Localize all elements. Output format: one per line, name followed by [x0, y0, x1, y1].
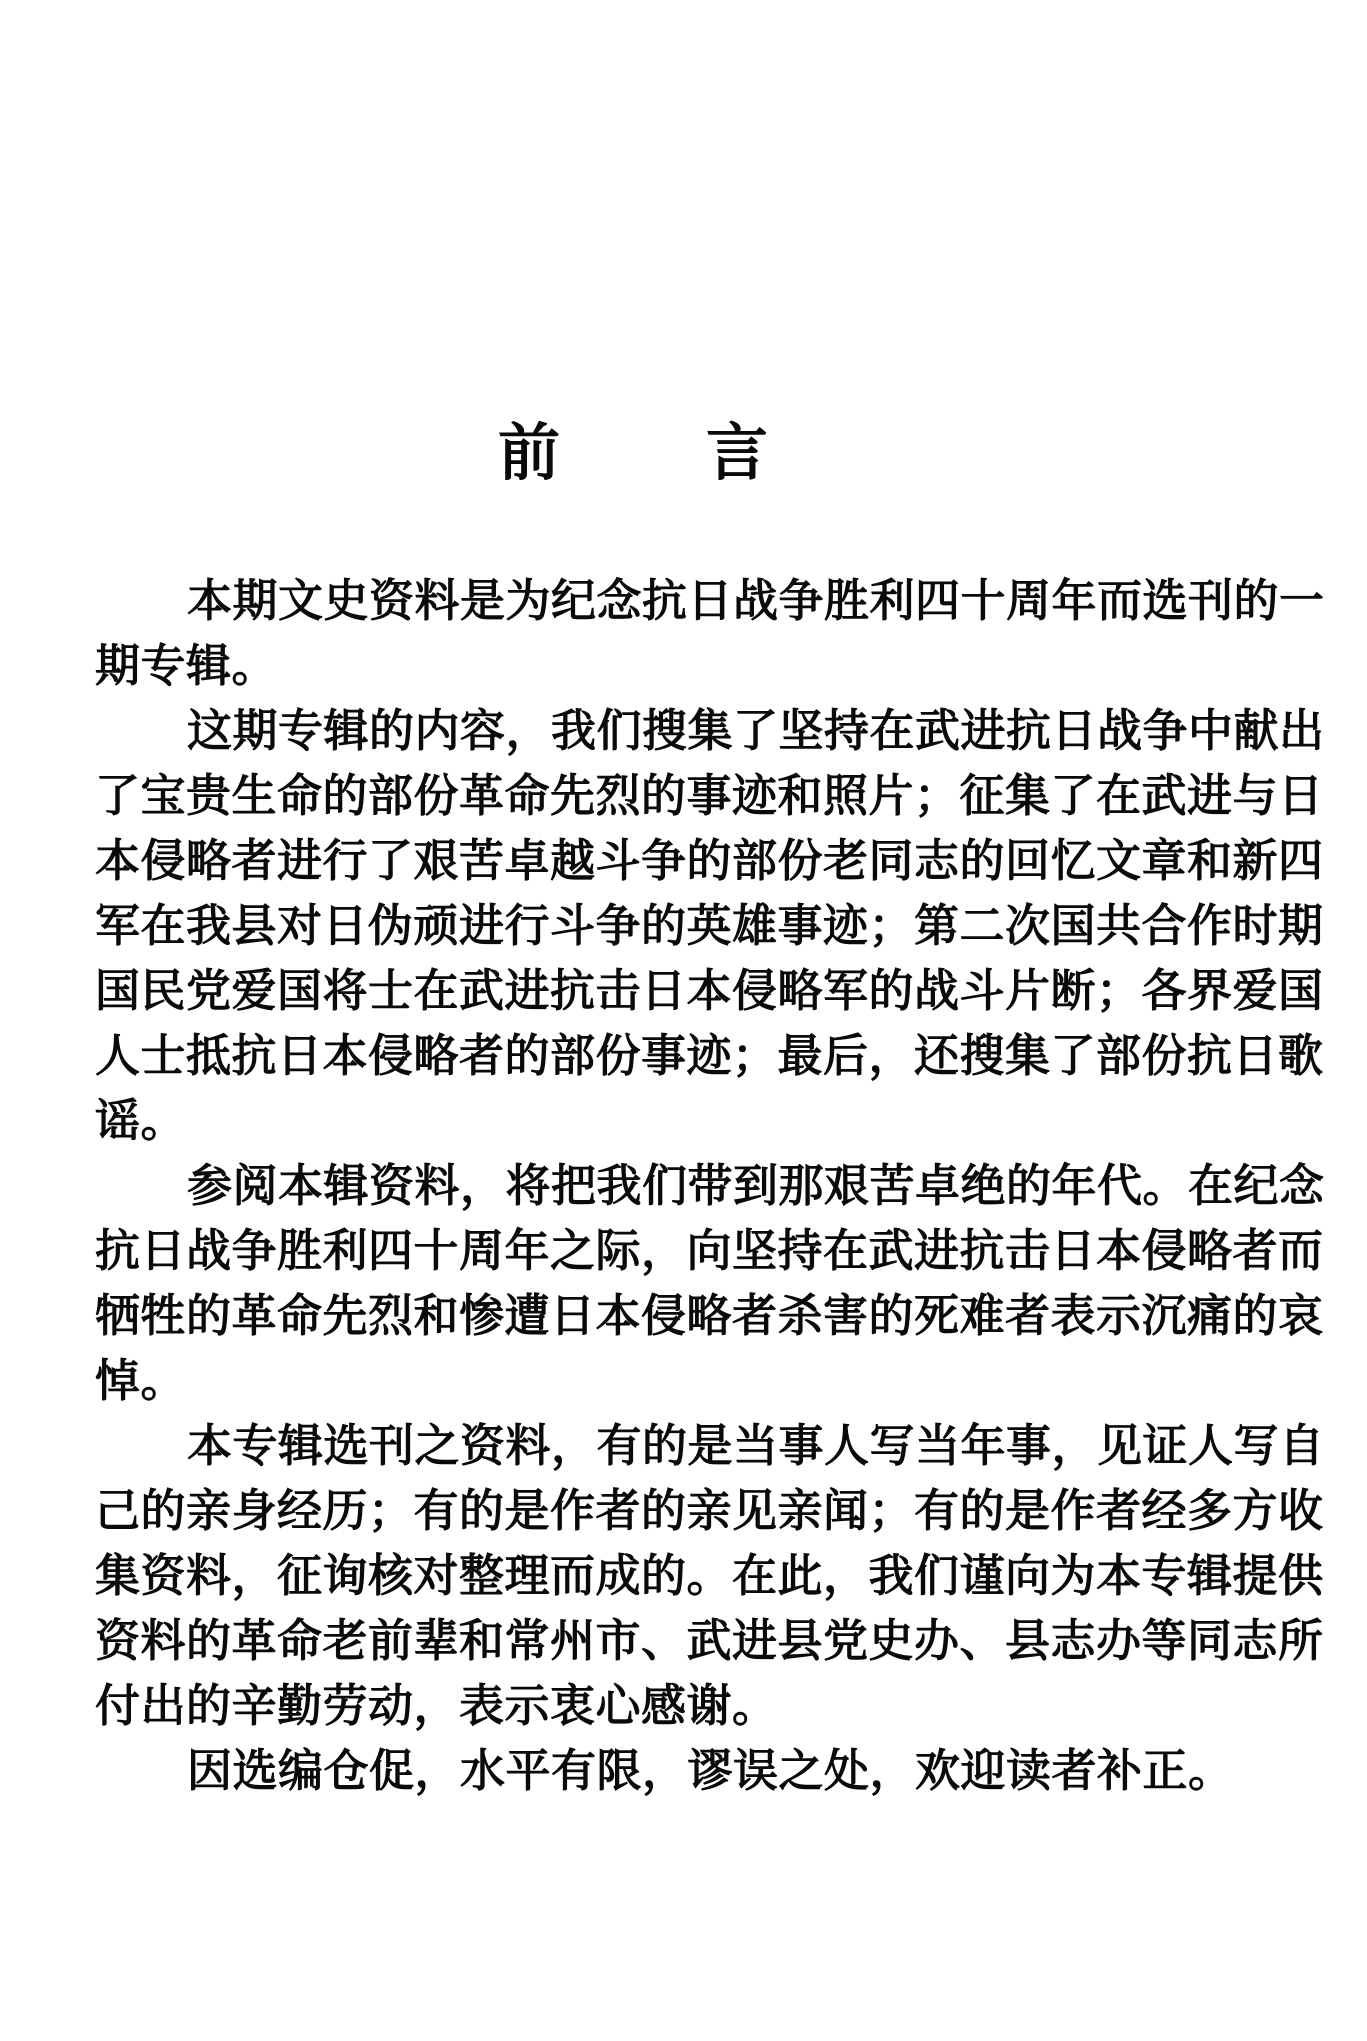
- text-line: 参阅本辑资料，将把我们带到那艰苦卓绝的年代。在纪念: [95, 1153, 1287, 1218]
- text-line: 己的亲身经历；有的是作者的亲见亲闻；有的是作者经多方收: [95, 1478, 1287, 1543]
- text-line: 资料的革命老前辈和常州市、武进县党史办、县志办等同志所: [95, 1608, 1287, 1673]
- title-char-first: 前: [498, 422, 560, 484]
- page-title: 前 言: [498, 422, 768, 484]
- text-line: 悼。: [95, 1348, 1287, 1413]
- text-line: 抗日战争胜利四十周年之际，向坚持在武进抗击日本侵略者而: [95, 1218, 1287, 1283]
- text-line: 本期文史资料是为纪念抗日战争胜利四十周年而选刊的一: [95, 568, 1287, 633]
- text-line: 谣。: [95, 1088, 1287, 1153]
- preface-body: 本期文史资料是为纪念抗日战争胜利四十周年而选刊的一期专辑。这期专辑的内容，我们搜…: [95, 568, 1287, 1803]
- text-line: 军在我县对日伪顽进行斗争的英雄事迹；第二次国共合作时期: [95, 893, 1287, 958]
- text-line: 本侵略者进行了艰苦卓越斗争的部份老同志的回忆文章和新四: [95, 828, 1287, 893]
- text-line: 国民党爱国将士在武进抗击日本侵略军的战斗片断；各界爱国: [95, 958, 1287, 1023]
- scanned-page: 前 言 本期文史资料是为纪念抗日战争胜利四十周年而选刊的一期专辑。这期专辑的内容…: [0, 0, 1367, 2041]
- text-line: 牺牲的革命先烈和惨遭日本侵略者杀害的死难者表示沉痛的哀: [95, 1283, 1287, 1348]
- title-char-second: 言: [706, 422, 768, 484]
- text-line: 因选编仓促，水平有限，谬误之处，欢迎读者补正。: [95, 1738, 1287, 1803]
- text-line: 了宝贵生命的部份革命先烈的事迹和照片；征集了在武进与日: [95, 763, 1287, 828]
- text-line: 付出的辛勤劳动，表示衷心感谢。: [95, 1673, 1287, 1738]
- text-line: 期专辑。: [95, 633, 1287, 698]
- text-line: 人士抵抗日本侵略者的部份事迹；最后，还搜集了部份抗日歌: [95, 1023, 1287, 1088]
- text-line: 本专辑选刊之资料，有的是当事人写当年事，见证人写自: [95, 1413, 1287, 1478]
- text-line: 这期专辑的内容，我们搜集了坚持在武进抗日战争中献出: [95, 698, 1287, 763]
- text-line: 集资料，征询核对整理而成的。在此，我们谨向为本专辑提供: [95, 1543, 1287, 1608]
